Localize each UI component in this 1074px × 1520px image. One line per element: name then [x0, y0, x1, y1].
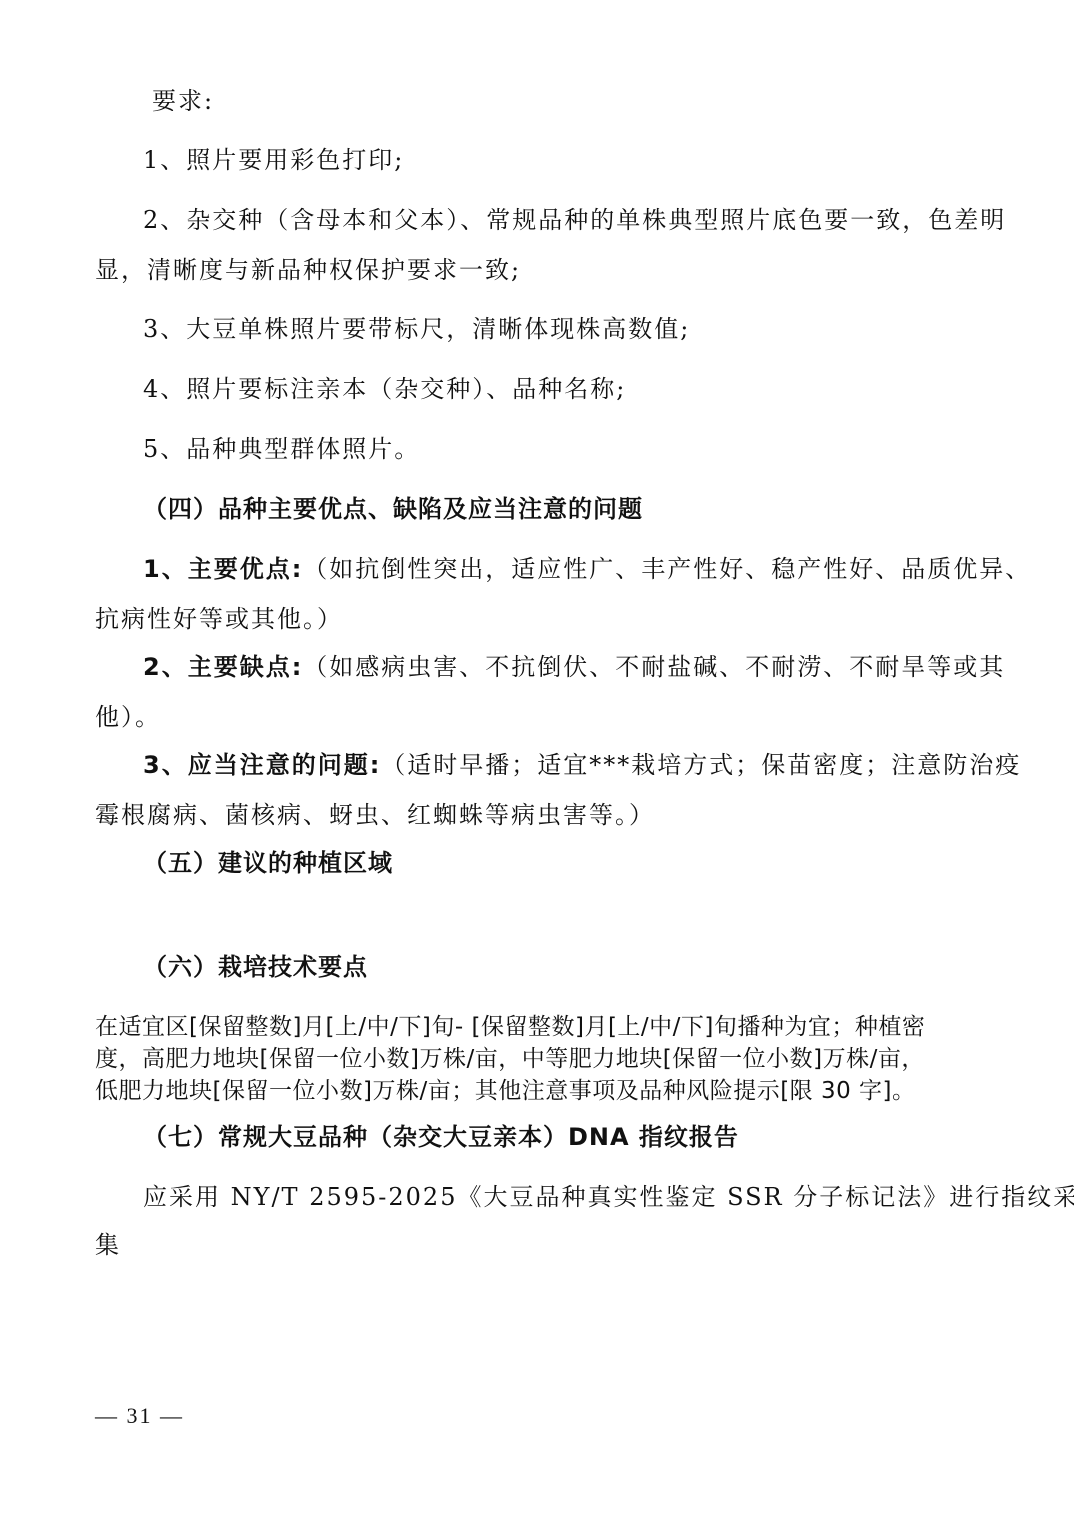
- cultivation-line-3: 低肥力地块[保留一位小数]万株/亩；其他注意事项及品种风险提示[限 30 字]。: [95, 1076, 985, 1106]
- dna-line-1: 应采用 NY/T 2595-2025《大豆品种真实性鉴定 SSR 分子标记法》进…: [143, 1182, 985, 1212]
- section-6-heading: （六）栽培技术要点: [143, 952, 1033, 982]
- notes-line-1: 3、应当注意的问题:（适时早播；适宜***栽培方式；保苗密度；注意防治疫: [143, 750, 985, 780]
- requirement-item-2: 2、杂交种（含母本和父本）、常规品种的单株典型照片底色要一致，色差明: [143, 205, 985, 235]
- cultivation-line-2: 度，高肥力地块[保留一位小数]万株/亩，中等肥力地块[保留一位小数]万株/亩，: [95, 1044, 985, 1074]
- cultivation-line-1: 在适宜区[保留整数]月[上/中/下]旬- [保留整数]月[上/中/下]旬播种为宜…: [95, 1012, 985, 1042]
- notes-label: 3、应当注意的问题:: [143, 751, 381, 779]
- notes-line-2: 霉根腐病、菌核病、蚜虫、红蜘蛛等病虫害等。）: [95, 800, 985, 830]
- dna-line-2: 集: [95, 1230, 985, 1260]
- requirement-item-5: 5、品种典型群体照片。: [143, 434, 985, 464]
- requirement-item-2-cont: 显，清晰度与新品种权保护要求一致;: [95, 255, 985, 285]
- section-7-heading: （七）常规大豆品种（杂交大豆亲本）DNA 指纹报告: [143, 1122, 1033, 1152]
- advantages-line-1: 1、主要优点:（如抗倒性突出，适应性广、丰产性好、稳产性好、品质优异、: [143, 554, 985, 584]
- advantages-label: 1、主要优点:: [143, 555, 303, 583]
- section-5-heading: （五）建议的种植区域: [143, 848, 1033, 878]
- defects-label: 2、主要缺点:: [143, 653, 303, 681]
- advantages-text: （如抗倒性突出，适应性广、丰产性好、稳产性好、品质优异、: [303, 555, 1031, 583]
- requirement-item-1: 1、照片要用彩色打印;: [143, 145, 985, 175]
- defects-line-2: 他）。: [95, 702, 985, 732]
- requirement-item-4: 4、照片要标注亲本（杂交种）、品种名称;: [143, 374, 985, 404]
- advantages-line-2: 抗病性好等或其他。）: [95, 604, 985, 634]
- requirements-title: 要求:: [152, 86, 1042, 116]
- page-number: — 31 —: [95, 1403, 184, 1429]
- notes-text: （适时早播；适宜***栽培方式；保苗密度；注意防治疫: [381, 751, 1021, 779]
- defects-text: （如感病虫害、不抗倒伏、不耐盐碱、不耐涝、不耐旱等或其: [303, 653, 1005, 681]
- requirement-item-3: 3、大豆单株照片要带标尺，清晰体现株高数值;: [143, 314, 985, 344]
- section-4-heading: （四）品种主要优点、缺陷及应当注意的问题: [143, 494, 1033, 524]
- defects-line-1: 2、主要缺点:（如感病虫害、不抗倒伏、不耐盐碱、不耐涝、不耐旱等或其: [143, 652, 985, 682]
